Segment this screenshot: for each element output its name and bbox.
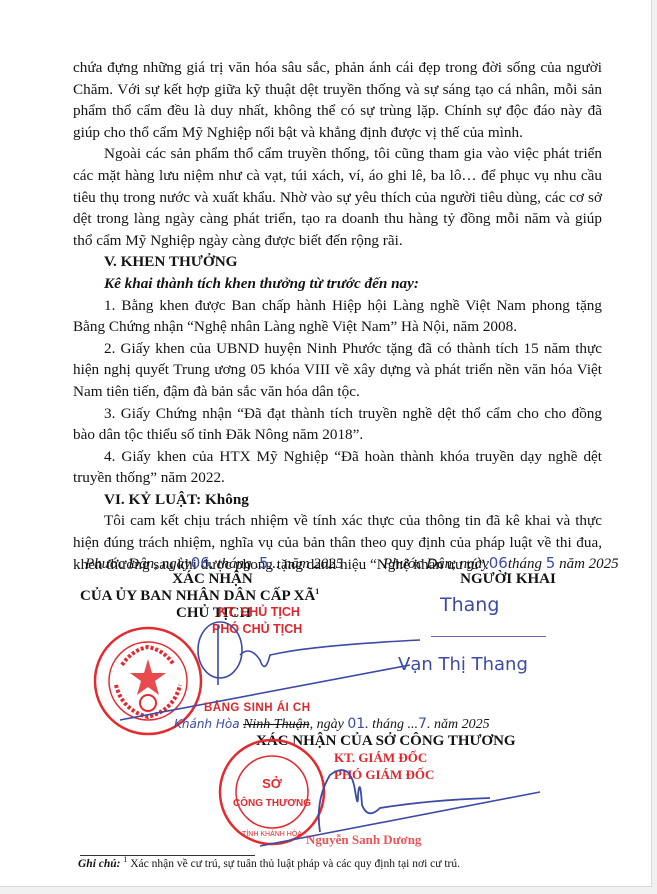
struck-province: Ninh Thuận: [243, 717, 310, 732]
body-text-top: chứa đựng những giá trị văn hóa sâu sắc,…: [73, 57, 602, 575]
bottom-date-line: Khánh Hòa Ninh Thuận, ngày 01. tháng ...…: [174, 716, 490, 733]
award-item-4: 4. Giấy khen của HTX Mỹ Nghiệp “Đã hoàn …: [73, 446, 602, 489]
left-date-day: 06: [191, 554, 210, 572]
section-v-subheading: Kê khai thành tích khen thưởng từ trước …: [73, 273, 602, 295]
footnote: Ghi chú: 1 Xác nhận về cư trú, sự tuân t…: [78, 858, 460, 870]
footnote-text: Xác nhận về cư trú, sự tuân thủ luật phá…: [130, 858, 460, 870]
section-v-heading: V. KHEN THƯỞNG: [73, 251, 602, 273]
award-item-2: 2. Giấy khen của UBND huyện Ninh Phước t…: [73, 338, 602, 403]
award-item-1: 1. Bằng khen được Ban chấp hành Hiệp hội…: [73, 295, 602, 338]
declarant-title: NGƯỜI KHAI: [383, 571, 633, 588]
deputy-director-name: Nguyễn Sanh Dương: [306, 832, 421, 848]
paragraph-1: chứa đựng những giá trị văn hóa sâu sắc,…: [73, 57, 602, 143]
section-vi-heading: VI. KỶ LUẬT: Không: [73, 489, 602, 511]
commune-signer-name: BẢNG SINH ÁI CH: [204, 702, 311, 714]
declarant-handwritten-name: Vạn Thị Thang: [398, 654, 528, 675]
handwritten-province: Khánh Hòa: [174, 717, 240, 731]
right-date-day: 06: [489, 554, 508, 572]
declarant-signature: Thang: [440, 594, 499, 616]
signature-underline: [431, 636, 546, 637]
left-date-month: 5: [259, 554, 269, 572]
bottom-date-day: 01: [347, 716, 365, 732]
left-title-confirm: XÁC NHẬN: [80, 571, 345, 588]
bottom-date-month: 7: [418, 716, 427, 732]
document-page: chứa đựng những giá trị văn hóa sâu sắc,…: [0, 0, 652, 887]
award-item-3: 3. Giấy Chứng nhận “Đã đạt thành tích tr…: [73, 403, 602, 446]
paragraph-2: Ngoài các sản phẩm thổ cẩm truyền thống,…: [73, 143, 602, 251]
footnote-label: Ghi chú:: [78, 858, 121, 870]
footnote-divider: [80, 855, 255, 856]
right-date-month: 5: [546, 554, 556, 572]
footnote-ref: 1: [315, 587, 319, 596]
left-title-committee: CỦA ỦY BAN NHÂN DÂN CẤP XÃ1: [80, 588, 319, 605]
